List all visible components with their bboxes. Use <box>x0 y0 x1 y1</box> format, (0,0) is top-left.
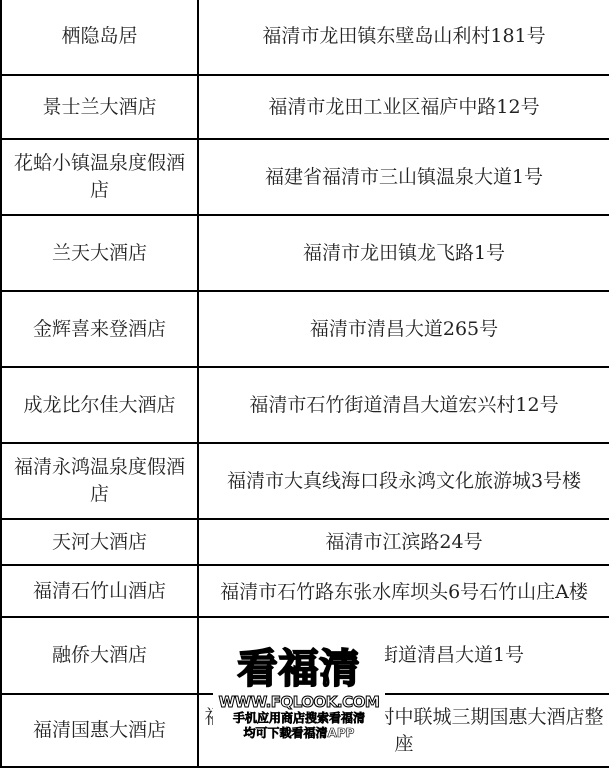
hotel-name: 花蛤小镇温泉度假酒店 <box>2 140 199 214</box>
table-row: 兰天大酒店 福清市龙田镇龙飞路1号 <box>2 216 609 292</box>
table-row: 花蛤小镇温泉度假酒店 福建省福清市三山镇温泉大道1号 <box>2 140 609 216</box>
hotel-address: 福清市龙田镇龙飞路1号 <box>199 216 609 290</box>
table-row: 福清永鸿温泉度假酒店 福清市大真线海口段永鸿文化旅游城3号楼 <box>2 444 609 520</box>
hotel-address: 福清市石竹路东张水库坝头6号石竹山庄A楼 <box>199 566 609 616</box>
hotel-address: 福清市清昌大道265号 <box>199 292 609 366</box>
hotel-name: 福清石竹山酒店 <box>2 566 199 616</box>
hotel-address: 福清市石竹街道清昌大道宏兴村12号 <box>199 368 609 442</box>
hotel-address: 福清市龙田镇东壁岛山利村181号 <box>199 0 609 74</box>
table-row: 景士兰大酒店 福清市龙田工业区福庐中路12号 <box>2 76 609 140</box>
watermark-line2: 均可下载看福清APP <box>244 726 355 741</box>
hotel-name: 天河大酒店 <box>2 520 199 564</box>
hotel-name: 栖隐岛居 <box>2 0 199 74</box>
table-row: 金辉喜来登酒店 福清市清昌大道265号 <box>2 292 609 368</box>
hotel-address: 福清市江滨路24号 <box>199 520 609 564</box>
table-row: 成龙比尔佳大酒店 福清市石竹街道清昌大道宏兴村12号 <box>2 368 609 444</box>
hotel-name: 兰天大酒店 <box>2 216 199 290</box>
hotel-name: 成龙比尔佳大酒店 <box>2 368 199 442</box>
watermark-url: WWW.FQLOOK.COM <box>219 693 380 711</box>
hotel-name: 福清永鸿温泉度假酒店 <box>2 444 199 518</box>
hotel-name: 景士兰大酒店 <box>2 76 199 138</box>
hotel-address: 福建省福清市三山镇温泉大道1号 <box>199 140 609 214</box>
watermark-line1: 手机应用商店搜索看福清 <box>233 711 365 726</box>
hotel-name: 福清国惠大酒店 <box>2 695 199 766</box>
hotel-name: 金辉喜来登酒店 <box>2 292 199 366</box>
hotel-address: 福清市大真线海口段永鸿文化旅游城3号楼 <box>199 444 609 518</box>
hotel-name: 融侨大酒店 <box>2 618 199 693</box>
watermark-title: 看福清 <box>238 645 361 693</box>
watermark-logo: 看福清 WWW.FQLOOK.COM 手机应用商店搜索看福清 均可下载看福清AP… <box>213 643 385 763</box>
table-row: 天河大酒店 福清市江滨路24号 <box>2 520 609 566</box>
table-row: 福清石竹山酒店 福清市石竹路东张水库坝头6号石竹山庄A楼 <box>2 566 609 618</box>
hotel-address: 福清市龙田工业区福庐中路12号 <box>199 76 609 138</box>
table-row: 栖隐岛居 福清市龙田镇东壁岛山利村181号 <box>2 0 609 76</box>
